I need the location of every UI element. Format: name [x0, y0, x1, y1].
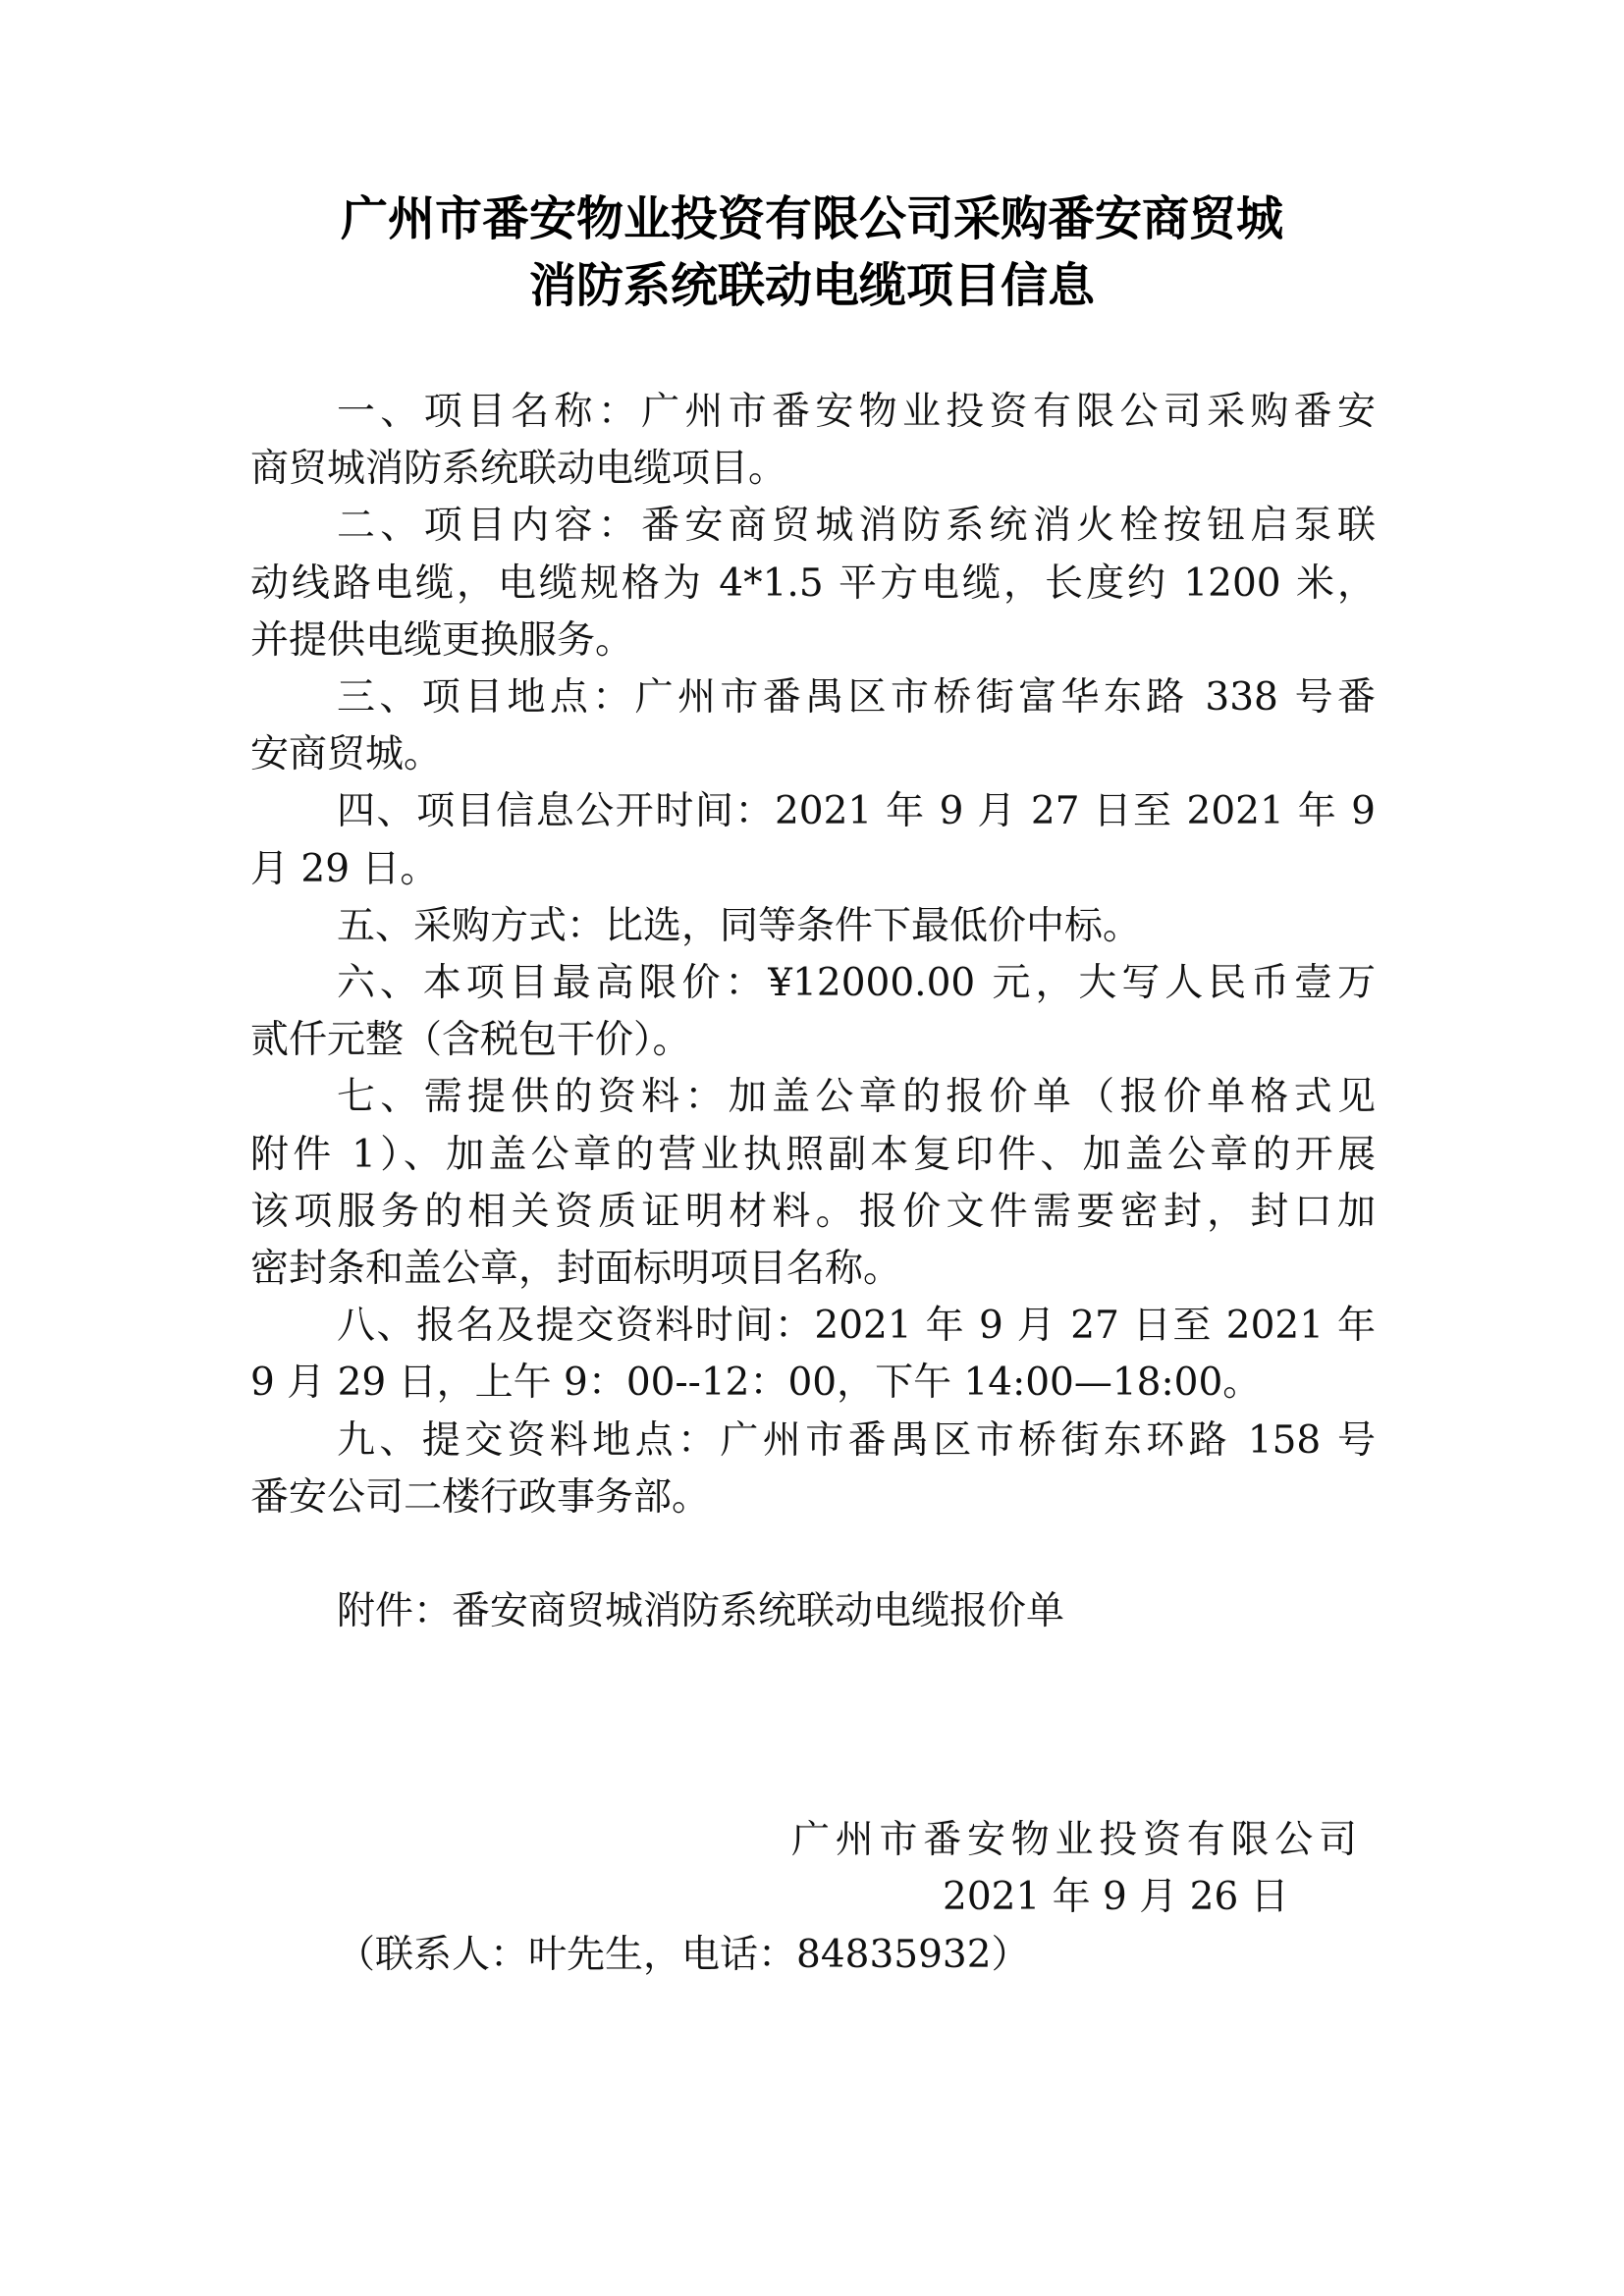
paragraph-8-line-1: 八、报名及提交资料时间：2021 年 9 月 27 日至 2021 年 [250, 1298, 1376, 1355]
paragraph-2-line-1: 二、项目内容：番安商贸城消防系统消火栓按钮启泵联 [250, 498, 1376, 555]
contact-info: （联系人：叶先生，电话：84835932） [337, 1927, 1030, 1984]
paragraph-5-line-1: 五、采购方式：比选，同等条件下最低价中标。 [250, 898, 1376, 955]
paragraph-6-line-1: 六、本项目最高限价：¥12000.00 元，大写人民币壹万 [250, 955, 1376, 1012]
paragraph-2-line-2: 动线路电缆，电缆规格为 4*1.5 平方电缆，长度约 1200 米， [250, 556, 1376, 613]
document-title-line-1: 广州市番安物业投资有限公司采购番安商贸城 [0, 189, 1624, 248]
paragraph-7-line-2: 附件 1）、加盖公章的营业执照副本复印件、加盖公章的开展 [250, 1127, 1376, 1184]
paragraph-7-line-1: 七、需提供的资料：加盖公章的报价单（报价单格式见 [250, 1069, 1376, 1126]
document-page: 广州市番安物业投资有限公司采购番安商贸城 消防系统联动电缆项目信息 一、项目名称… [0, 0, 1624, 2296]
document-title-line-2: 消防系统联动电缆项目信息 [0, 256, 1624, 315]
paragraph-4-line-1: 四、项目信息公开时间：2021 年 9 月 27 日至 2021 年 9 [250, 783, 1376, 840]
paragraph-7-line-3: 该项服务的相关资质证明材料。报价文件需要密封，封口加 [250, 1184, 1376, 1241]
signature-company: 广州市番安物业投资有限公司 [791, 1812, 1357, 1869]
paragraph-9-line-2: 番安公司二楼行政事务部。 [250, 1469, 1376, 1526]
paragraph-1-line-2: 商贸城消防系统联动电缆项目。 [250, 441, 1376, 498]
paragraph-2-line-3: 并提供电缆更换服务。 [250, 613, 1376, 669]
paragraph-7-line-4: 密封条和盖公章，封面标明项目名称。 [250, 1241, 1376, 1298]
paragraph-1-line-1: 一、项目名称：广州市番安物业投资有限公司采购番安 [250, 384, 1376, 441]
attachment-note: 附件：番安商贸城消防系统联动电缆报价单 [250, 1583, 1376, 1640]
paragraph-4-line-2: 月 29 日。 [250, 841, 1376, 898]
paragraph-9-line-1: 九、提交资料地点：广州市番禺区市桥街东环路 158 号 [250, 1413, 1376, 1469]
signature-date: 2021 年 9 月 26 日 [943, 1869, 1276, 1926]
paragraph-3-line-1: 三、项目地点：广州市番禺区市桥街富华东路 338 号番 [250, 669, 1376, 726]
paragraph-3-line-2: 安商贸城。 [250, 726, 1376, 783]
paragraph-6-line-2: 贰仟元整（含税包干价）。 [250, 1012, 1376, 1069]
paragraph-8-line-2: 9 月 29 日，上午 9：00--12：00，下午 14:00—18:00。 [250, 1355, 1376, 1412]
